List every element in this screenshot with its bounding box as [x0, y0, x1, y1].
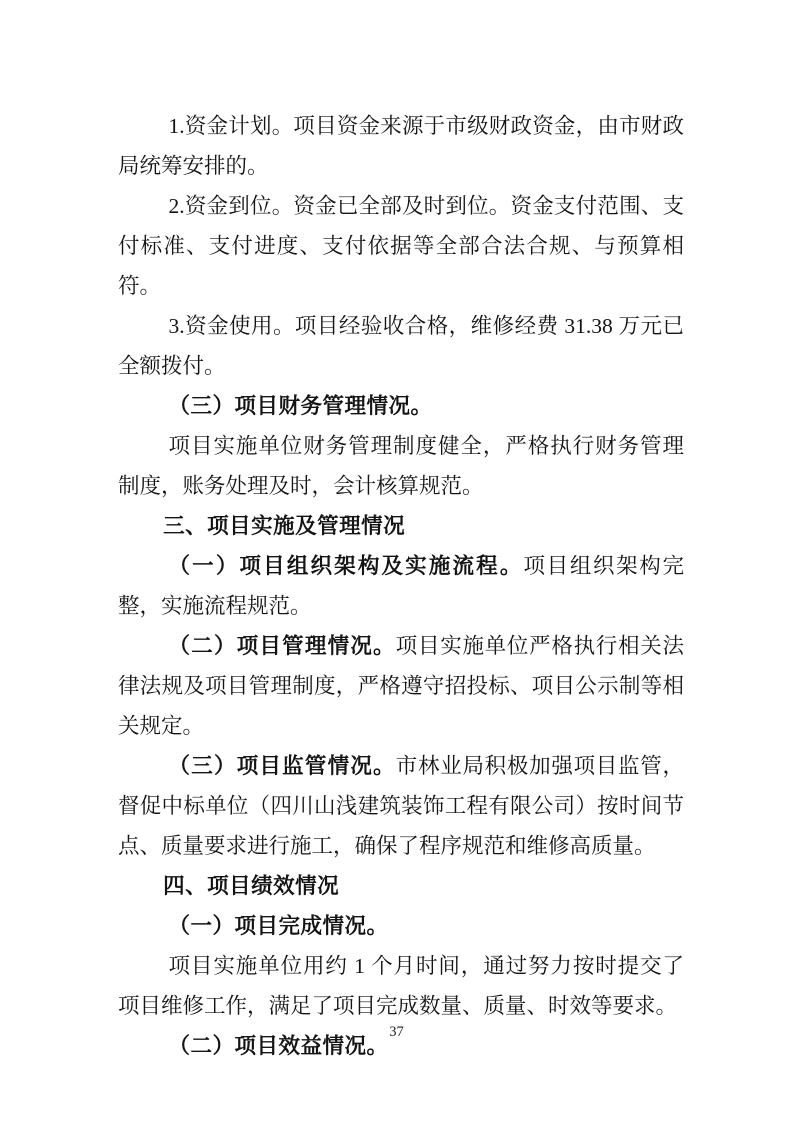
section-heading: 四、项目绩效情况	[118, 866, 684, 906]
subsection-heading: （三）项目财务管理情况。	[118, 386, 684, 426]
bold-lead-text: 三、项目实施及管理情况	[163, 514, 405, 538]
body-text: 2.资金到位。资金已全部及时到位。资金支付范围、支付标准、支付进度、支付依据等全…	[118, 194, 684, 298]
bold-lead-text: （一）项目完成情况。	[169, 914, 389, 938]
body-text: 3.资金使用。项目经验收合格，维修经费 31.38 万元已全额拨付。	[118, 314, 684, 378]
bold-lead-text: （一）项目组织架构及实施流程。	[169, 554, 524, 578]
paragraph: （一）项目组织架构及实施流程。项目组织架构完整，实施流程规范。	[118, 546, 684, 626]
paragraph: 项目实施单位用约 1 个月时间，通过努力按时提交了项目维修工作，满足了项目完成数…	[118, 946, 684, 1026]
bold-lead-text: 四、项目绩效情况	[163, 874, 339, 898]
paragraph: 1.资金计划。项目资金来源于市级财政资金，由市财政局统筹安排的。	[118, 106, 684, 186]
paragraph: 2.资金到位。资金已全部及时到位。资金支付范围、支付标准、支付进度、支付依据等全…	[118, 186, 684, 306]
paragraph: （二）项目管理情况。项目实施单位严格执行相关法律法规及项目管理制度，严格遵守招投…	[118, 626, 684, 746]
subsection-heading: （一）项目完成情况。	[118, 906, 684, 946]
body-text: 1.资金计划。项目资金来源于市级财政资金，由市财政局统筹安排的。	[118, 114, 684, 178]
body-text: 项目实施单位用约 1 个月时间，通过努力按时提交了项目维修工作，满足了项目完成数…	[118, 954, 684, 1018]
body-text: 项目实施单位财务管理制度健全，严格执行财务管理制度，账务处理及时，会计核算规范。	[118, 434, 684, 498]
document-page: 1.资金计划。项目资金来源于市级财政资金，由市财政局统筹安排的。2.资金到位。资…	[0, 0, 793, 1122]
page-number: 37	[0, 1022, 793, 1042]
paragraph: 3.资金使用。项目经验收合格，维修经费 31.38 万元已全额拨付。	[118, 306, 684, 386]
section-heading: 三、项目实施及管理情况	[118, 506, 684, 546]
document-body: 1.资金计划。项目资金来源于市级财政资金，由市财政局统筹安排的。2.资金到位。资…	[118, 106, 684, 1066]
paragraph: 项目实施单位财务管理制度健全，严格执行财务管理制度，账务处理及时，会计核算规范。	[118, 426, 684, 506]
bold-lead-text: （二）项目管理情况。	[169, 634, 396, 658]
bold-lead-text: （三）项目监管情况。	[169, 754, 396, 778]
paragraph: （三）项目监管情况。市林业局积极加强项目监管，督促中标单位（四川山浅建筑装饰工程…	[118, 746, 684, 866]
bold-lead-text: （三）项目财务管理情况。	[169, 394, 433, 418]
